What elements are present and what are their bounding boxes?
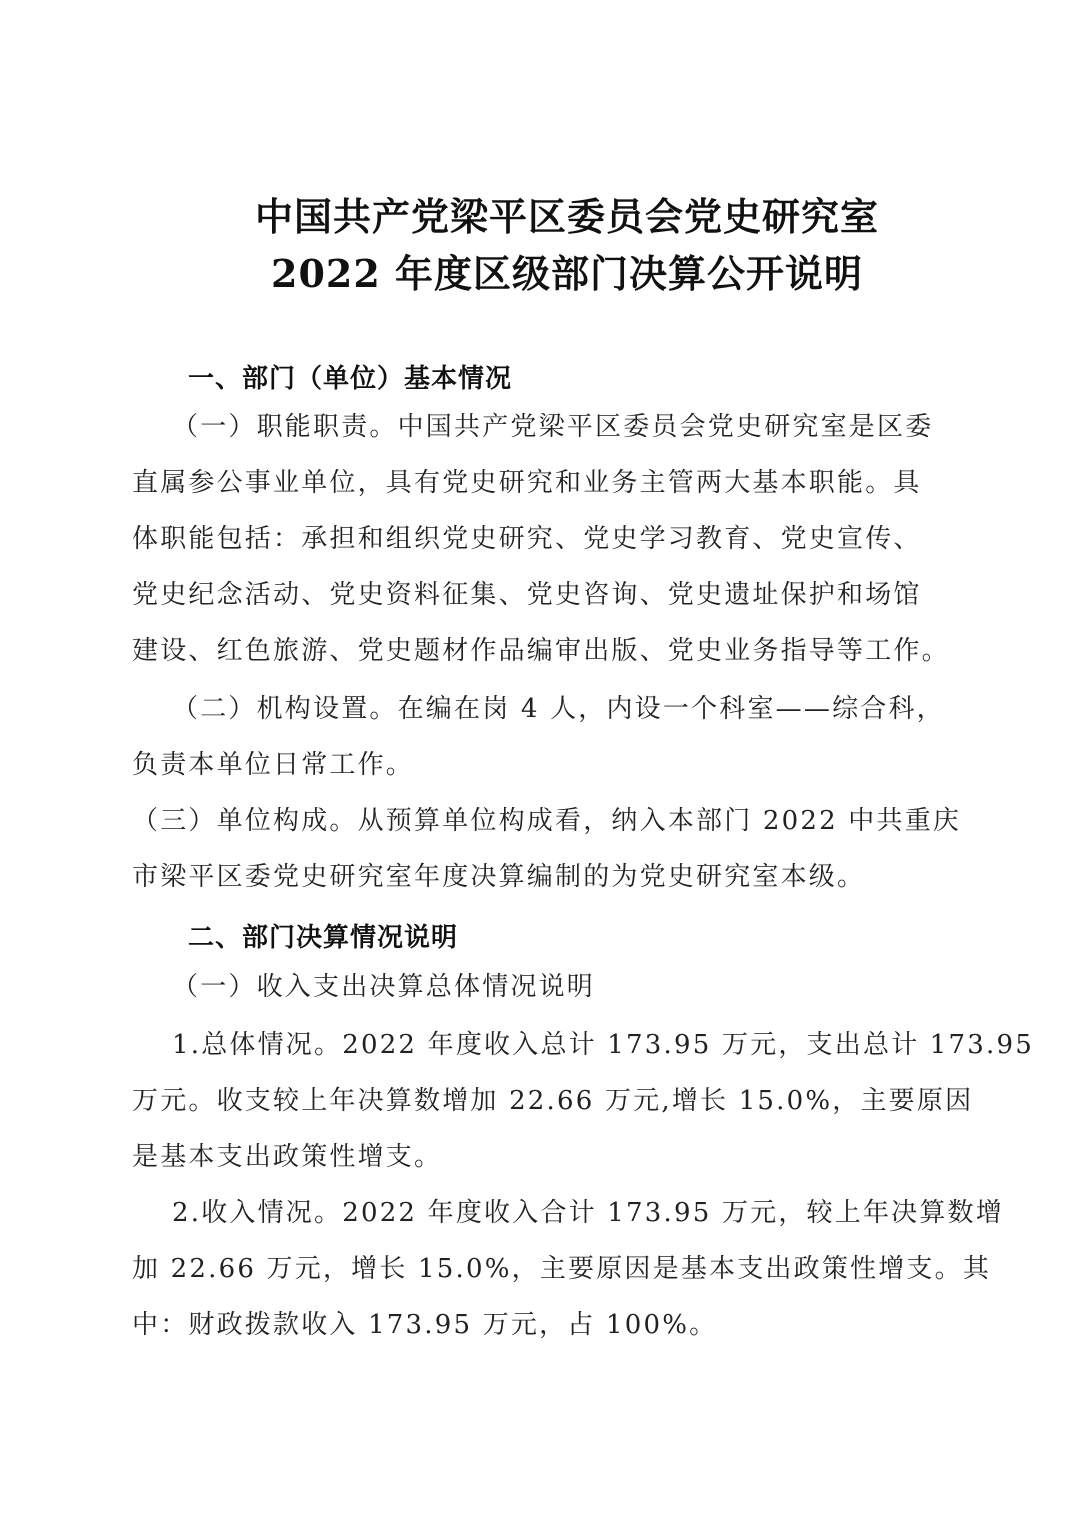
paragraph-line: 1.总体情况。2022 年度收入总计 173.95 万元，支出总计 173.95 [172,1024,1034,1061]
paragraph-line: 负责本单位日常工作。 [132,744,414,781]
section-heading-basic-info: 一、部门（单位）基本情况 [188,358,512,395]
subheading-line: （一）收入支出决算总体情况说明 [172,966,595,1003]
document-title-line1: 中国共产党梁平区委员会党史研究室 [0,186,1074,241]
document-title-line2: 2022 年度区级部门决算公开说明 [0,243,1074,298]
paragraph-line: （二）机构设置。在编在岗 4 人，内设一个科室——综合科， [172,688,945,725]
paragraph-line: 体职能包括：承担和组织党史研究、党史学习教育、党史宣传、 [132,518,922,555]
paragraph-line: 万元。收支较上年决算数增加 22.66 万元,增长 15.0%，主要原因 [132,1080,973,1117]
paragraph-line: （一）职能职责。中国共产党梁平区委员会党史研究室是区委 [172,406,933,443]
paragraph-line: （三）单位构成。从预算单位构成看，纳入本部门 2022 中共重庆 [132,800,961,837]
paragraph-line: 2.收入情况。2022 年度收入合计 173.95 万元，较上年决算数增 [172,1192,1004,1229]
section-heading-final-accounts: 二、部门决算情况说明 [188,917,458,954]
paragraph-line: 党史纪念活动、党史资料征集、党史咨询、党史遗址保护和场馆 [132,574,922,611]
paragraph-line: 加 22.66 万元，增长 15.0%，主要原因是基本支出政策性增支。其 [132,1248,991,1285]
paragraph-line: 建设、红色旅游、党史题材作品编审出版、党史业务指导等工作。 [132,630,950,667]
paragraph-line: 是基本支出政策性增支。 [132,1136,442,1173]
paragraph-line: 市梁平区委党史研究室年度决算编制的为党史研究室本级。 [132,856,865,893]
paragraph-line: 中：财政拨款收入 173.95 万元，占 100%。 [132,1304,717,1341]
document-page: 中国共产党梁平区委员会党史研究室 2022 年度区级部门决算公开说明 一、部门（… [0,0,1074,1520]
paragraph-line: 直属参公事业单位，具有党史研究和业务主管两大基本职能。具 [132,462,922,499]
